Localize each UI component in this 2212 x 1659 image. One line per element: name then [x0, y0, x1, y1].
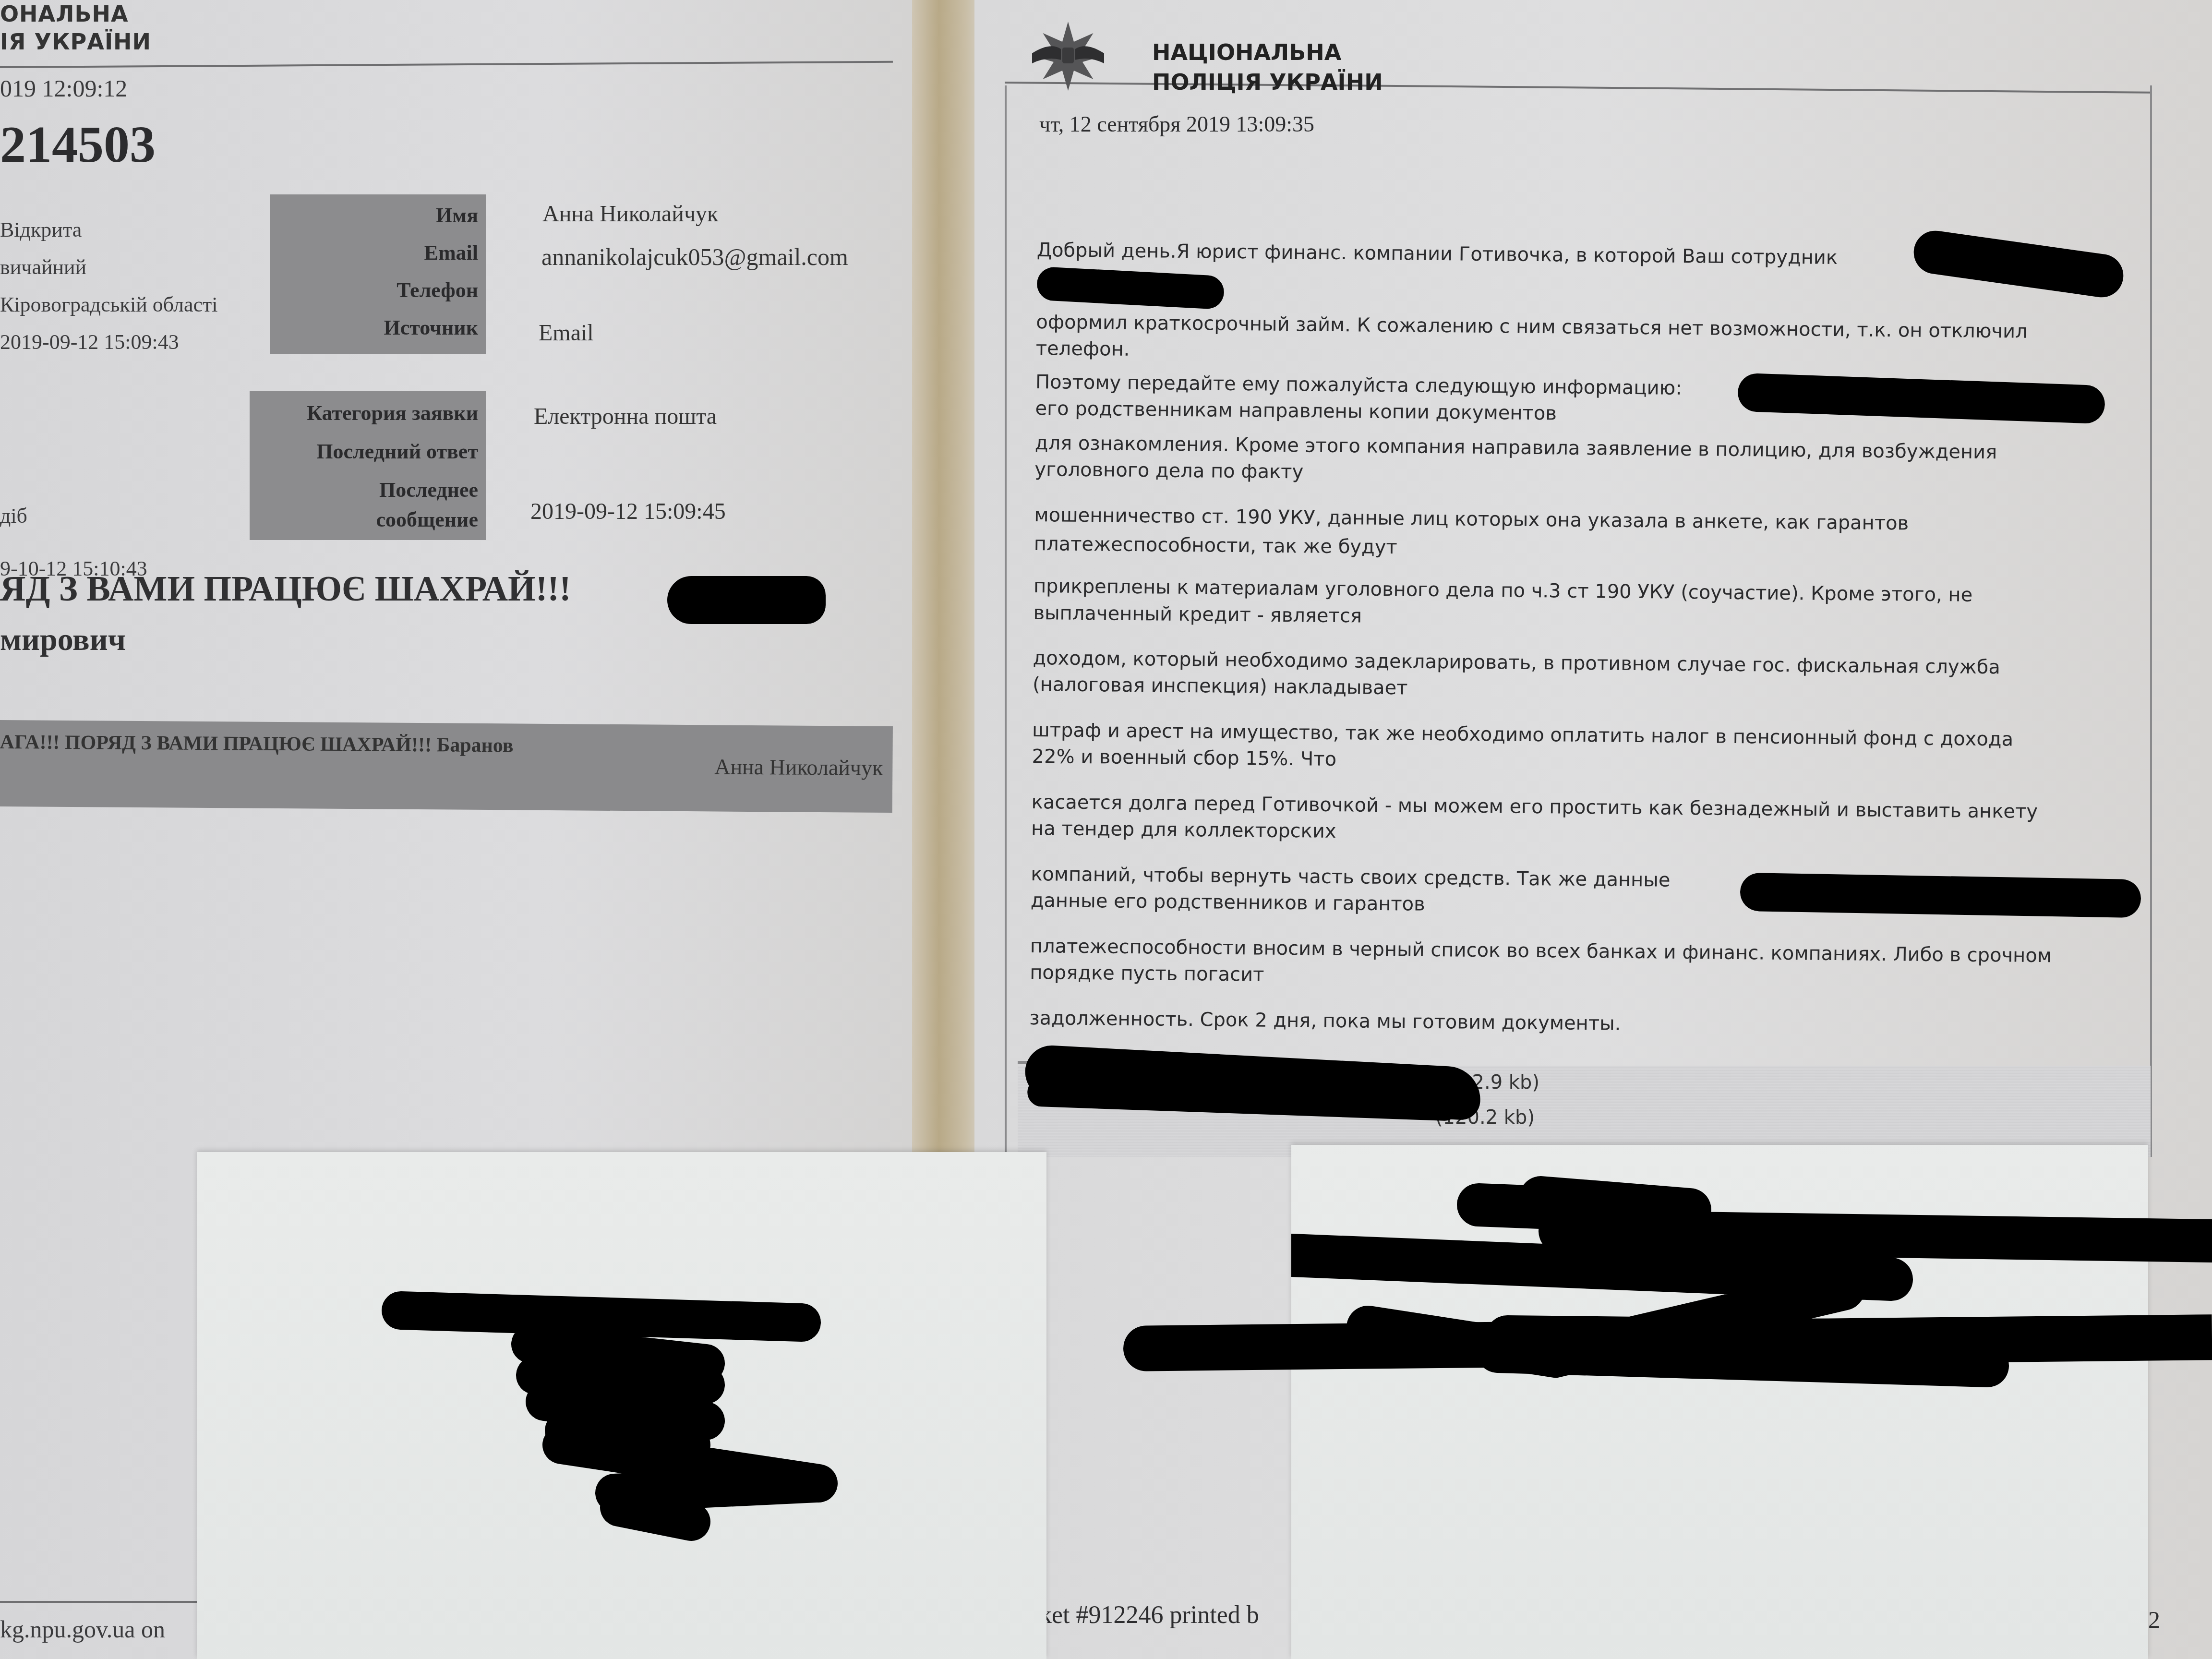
right-brand-header: НАЦІОНАЛЬНА ПОЛІЦІЯ УКРАЇНИ [1152, 37, 1383, 97]
message-line: выплаченный кредит - является [1033, 602, 1362, 627]
label-last-message: Последнее сообщение [353, 475, 478, 535]
police-star-emblem-icon [1032, 20, 1104, 92]
brand-line: ІЯ УКРАЇНИ [0, 28, 151, 56]
brand-line: ОНАЛЬНА [0, 0, 151, 28]
message-line: телефон. [1036, 337, 1130, 361]
ticket-subject-cont: мирович [0, 622, 126, 658]
left-brand-header: ОНАЛЬНА ІЯ УКРАЇНИ [0, 0, 151, 56]
sla-plan-value: діб [0, 490, 147, 542]
sla-blank [0, 437, 147, 490]
message-datetime: чт, 12 сентября 2019 13:09:35 [1039, 111, 1314, 137]
redaction-scribble [197, 1152, 1046, 1659]
message-line: порядке пусть погасит [1030, 962, 1264, 986]
label-last-response: Последний ответ [316, 439, 478, 464]
right-footer: ket #912246 printed b [1039, 1601, 1259, 1629]
left-footer: kg.npu.gov.ua on [0, 1615, 165, 1643]
thread-author: Анна Николайчук [714, 754, 883, 780]
redaction-mark [667, 576, 826, 624]
last-message-date: 2019-09-12 15:09:45 [530, 498, 726, 525]
cover-sheet-left [197, 1152, 1046, 1659]
request-category: Електронна пошта [534, 403, 717, 430]
cover-sheet-right [1291, 1145, 2148, 1659]
ticket-status-values: Відкрита вичайний Кіровоградській област… [0, 211, 218, 361]
priority-value: вичайний [0, 249, 218, 286]
brand-line: ПОЛІЦІЯ УКРАЇНИ [1152, 67, 1383, 97]
message-line: на тендер для коллекторских [1031, 817, 1336, 842]
label-name: Имя [436, 203, 478, 228]
label-source: Источник [384, 315, 478, 340]
ticket-subject: ЯД З ВАМИ ПРАЦЮЄ ШАХРАЙ!!! [0, 569, 571, 610]
message-line: платежеспособности, так же будут [1034, 533, 1397, 558]
request-label-box: Категория заявки Последний ответ Последн… [250, 391, 486, 540]
created-value: 2019-09-12 15:09:43 [0, 324, 218, 361]
message-line: данные его родственников и гарантов [1031, 890, 1425, 915]
brand-line: НАЦІОНАЛЬНА [1152, 37, 1383, 67]
contact-label-box: Имя Email Телефон Источник [270, 194, 486, 354]
redaction-scribble [1291, 1145, 2212, 1659]
message-line: 22% и военный сбор 15%. Что [1032, 745, 1336, 770]
status-value: Відкрита [0, 211, 218, 249]
thread-entry-header: АГА!!! ПОРЯД З ВАМИ ПРАЦЮЄ ШАХРАЙ!!! Бар… [0, 720, 893, 813]
label-email: Email [424, 240, 478, 265]
message-line: (налоговая инспекция) накладывает [1033, 673, 1408, 699]
contact-name: Анна Николайчук [542, 201, 718, 227]
thread-subject: АГА!!! ПОРЯД З ВАМИ ПРАЦЮЄ ШАХРАЙ!!! Бар… [0, 731, 514, 757]
ticket-number: 214503 [0, 115, 156, 175]
footer-divider [0, 1601, 197, 1603]
redaction-mark [1740, 873, 2141, 918]
contact-source: Email [539, 320, 594, 346]
label-phone: Телефон [397, 278, 478, 302]
label-category: Категория заявки [307, 401, 478, 425]
department-value: Кіровоградській області [0, 286, 218, 324]
message-line: уголовного дела по факту [1034, 458, 1303, 483]
contact-email: annanikolajcuk053@gmail.com [541, 243, 848, 271]
printed-datetime: 019 12:09:12 [0, 74, 127, 102]
